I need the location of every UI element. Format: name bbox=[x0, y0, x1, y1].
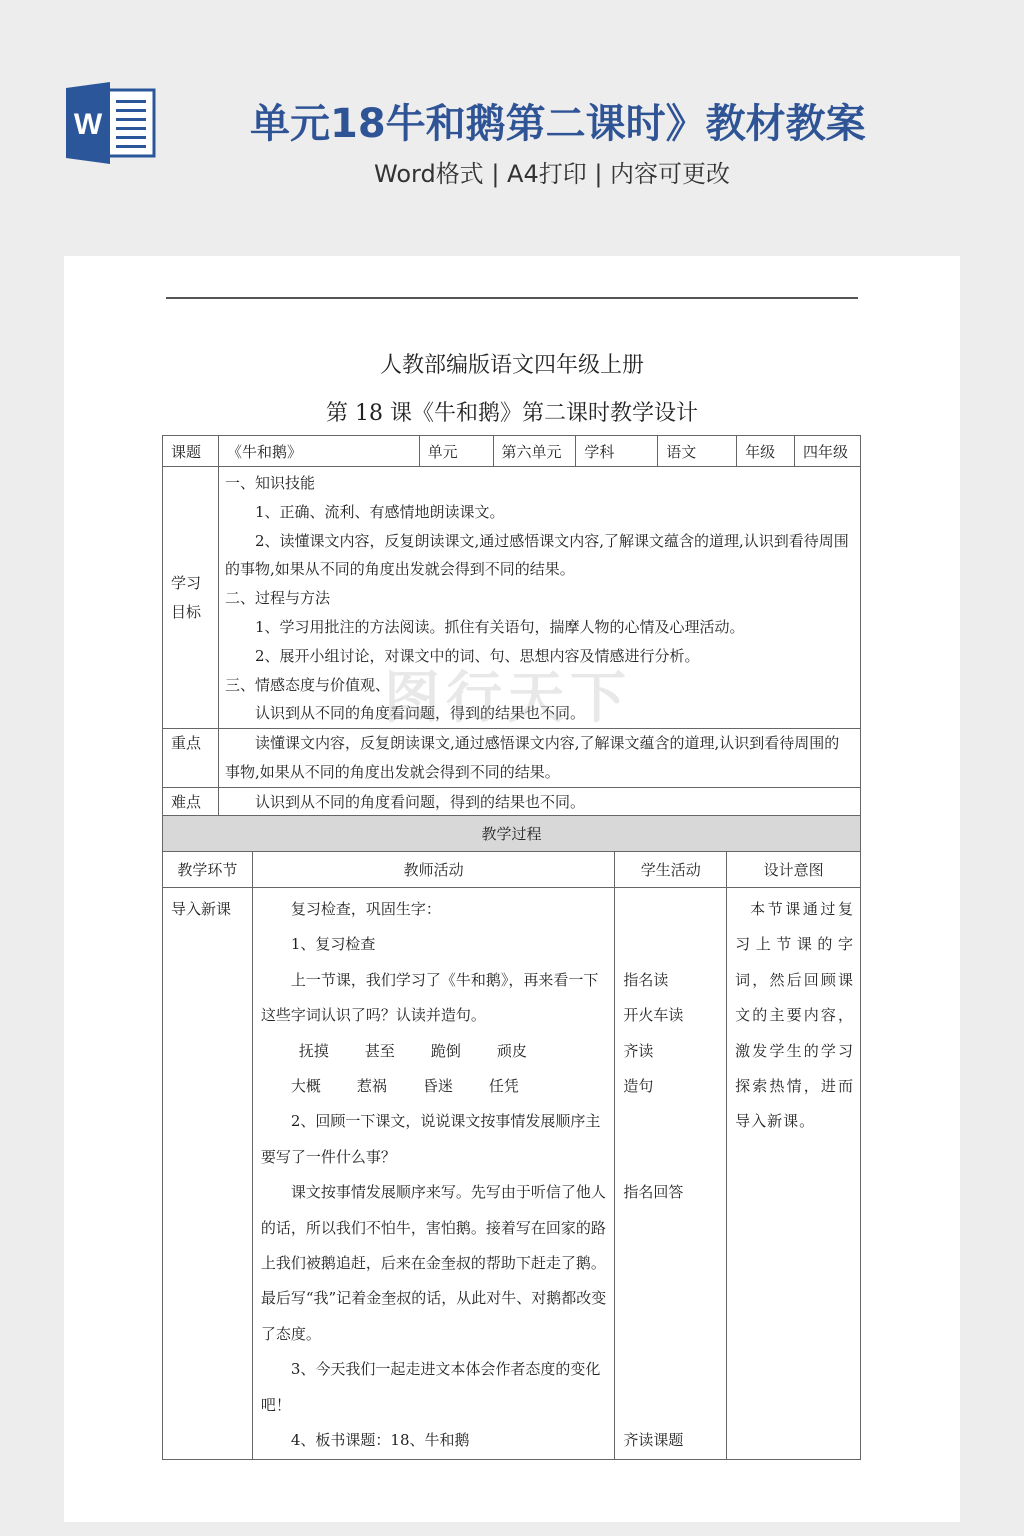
unit-value: 第六单元 bbox=[493, 436, 576, 467]
document-subtitle: 第 18 课《牛和鹅》第二课时教学设计 bbox=[64, 396, 960, 427]
vocab-word: 惹祸 bbox=[357, 1069, 387, 1104]
column-header: 教师活动 bbox=[252, 852, 614, 888]
student-line: 开火车读 bbox=[623, 998, 720, 1033]
vocab-row: 抚摸甚至跪倒顽皮 bbox=[261, 1034, 608, 1069]
design-intent: 本节课通过复习上节课的字词，然后回顾课文的主要内容，激发学生的学习探索热情，进而… bbox=[727, 888, 861, 1460]
unit-label: 单元 bbox=[419, 436, 493, 467]
process-row: 导入新课 复习检查，巩固生字： 1、复习检查 上一节课，我们学习了《牛和鹅》，再… bbox=[163, 888, 861, 1460]
vocab-word: 抚摸 bbox=[299, 1034, 329, 1069]
info-row: 课题 《牛和鹅》 单元 第六单元 学科 语文 年级 四年级 bbox=[163, 436, 861, 467]
objective-line: 2、读懂课文内容，反复朗读课文,通过感悟课文内容,了解课文蕴含的道理,认识到看待… bbox=[225, 527, 854, 585]
difficulties-label: 难点 bbox=[163, 787, 219, 817]
document-page: 人教部编版语文四年级上册 第 18 课《牛和鹅》第二课时教学设计 课题 《牛和鹅… bbox=[64, 256, 960, 1522]
objective-line: 1、正确、流利、有感情地朗读课文。 bbox=[225, 498, 854, 527]
teacher-line: 4、板书课题：18、牛和鹅 bbox=[261, 1423, 608, 1458]
process-header-row: 教学环节 教师活动 学生活动 设计意图 bbox=[163, 852, 861, 888]
objectives-label: 学习目标 bbox=[163, 467, 219, 729]
objective-line: 二、过程与方法 bbox=[225, 584, 854, 613]
student-line: 齐读课题 bbox=[623, 1423, 720, 1458]
teacher-line: 上一节课，我们学习了《牛和鹅》，再来看一下这些字词认识了吗？认读并造句。 bbox=[261, 963, 608, 1034]
column-header: 设计意图 bbox=[727, 852, 861, 888]
teacher-line: 课文按事情发展顺序来写。先写由于听信了他人的话，所以我们不怕牛，害怕鹅。接着写在… bbox=[261, 1175, 608, 1352]
header-rule bbox=[166, 297, 858, 299]
teacher-line: 2、回顾一下课文，说说课文按事情发展顺序主要写了一件什么事？ bbox=[261, 1104, 608, 1175]
objectives-row: 学习目标 一、知识技能 1、正确、流利、有感情地朗读课文。 2、读懂课文内容，反… bbox=[163, 467, 861, 729]
objective-line: 认识到从不同的角度看问题，得到的结果也不同。 bbox=[225, 699, 854, 728]
student-line: 造句 bbox=[623, 1069, 720, 1104]
student-line: 指名读 bbox=[623, 963, 720, 998]
objective-line: 三、情感态度与价值观、 bbox=[225, 671, 854, 700]
page-header: W 单元18牛和鹅第二课时》教材教案 Word格式 | A4打印 | 内容可更改 bbox=[0, 0, 1024, 256]
subject-value: 语文 bbox=[658, 436, 737, 467]
process-title-row: 教学过程 bbox=[163, 816, 861, 852]
topic-label: 课题 bbox=[163, 436, 219, 467]
vocab-word: 任凭 bbox=[489, 1069, 519, 1104]
lesson-info-table: 课题 《牛和鹅》 单元 第六单元 学科 语文 年级 四年级 学习目标 一、知识技… bbox=[162, 435, 861, 818]
teacher-activity: 复习检查，巩固生字： 1、复习检查 上一节课，我们学习了《牛和鹅》，再来看一下这… bbox=[252, 888, 614, 1460]
vocab-word: 甚至 bbox=[365, 1034, 395, 1069]
key-points-text: 读懂课文内容，反复朗读课文,通过感悟课文内容,了解课文蕴含的道理,认识到看待周围… bbox=[218, 729, 860, 788]
column-header: 学生活动 bbox=[615, 852, 727, 888]
student-line: 齐读 bbox=[623, 1034, 720, 1069]
objective-line: 1、学习用批注的方法阅读。抓住有关语句，揣摩人物的心情及心理活动。 bbox=[225, 613, 854, 642]
stage-cell: 导入新课 bbox=[163, 888, 253, 1460]
page-title: 单元18牛和鹅第二课时》教材教案 bbox=[250, 92, 890, 149]
objective-line: 2、展开小组讨论，对课文中的词、句、思想内容及情感进行分析。 bbox=[225, 642, 854, 671]
teacher-line: 3、今天我们一起走进文本体会作者态度的变化吧！ bbox=[261, 1352, 608, 1423]
key-points-row: 重点 读懂课文内容，反复朗读课文,通过感悟课文内容,了解课文蕴含的道理,认识到看… bbox=[163, 729, 861, 788]
difficulties-text: 认识到从不同的角度看问题，得到的结果也不同。 bbox=[218, 787, 860, 817]
svg-text:W: W bbox=[74, 108, 103, 141]
student-line: 指名回答 bbox=[623, 1175, 720, 1210]
vocab-word: 昏迷 bbox=[423, 1069, 453, 1104]
document-title: 人教部编版语文四年级上册 bbox=[64, 348, 960, 379]
process-title: 教学过程 bbox=[163, 816, 861, 852]
topic-value: 《牛和鹅》 bbox=[218, 436, 419, 467]
vocab-word: 跪倒 bbox=[431, 1034, 461, 1069]
teaching-process-table: 教学过程 教学环节 教师活动 学生活动 设计意图 导入新课 复习检查，巩固生字：… bbox=[162, 815, 861, 1460]
vocab-row: 大概惹祸昏迷任凭 bbox=[261, 1069, 608, 1104]
teacher-line: 1、复习检查 bbox=[261, 927, 608, 962]
page-subtitle: Word格式 | A4打印 | 内容可更改 bbox=[374, 154, 730, 189]
key-points-label: 重点 bbox=[163, 729, 219, 788]
teacher-line: 复习检查，巩固生字： bbox=[261, 892, 608, 927]
student-activity: 指名读 开火车读 齐读 造句 指名回答 齐读课题 bbox=[615, 888, 727, 1460]
vocab-word: 顽皮 bbox=[497, 1034, 527, 1069]
objectives-content: 一、知识技能 1、正确、流利、有感情地朗读课文。 2、读懂课文内容，反复朗读课文… bbox=[218, 467, 860, 729]
vocab-word: 大概 bbox=[291, 1069, 321, 1104]
grade-label: 年级 bbox=[737, 436, 795, 467]
difficulties-row: 难点 认识到从不同的角度看问题，得到的结果也不同。 bbox=[163, 787, 861, 817]
objective-line: 一、知识技能 bbox=[225, 469, 854, 498]
column-header: 教学环节 bbox=[163, 852, 253, 888]
grade-value: 四年级 bbox=[795, 436, 861, 467]
word-icon: W bbox=[66, 82, 156, 164]
subject-label: 学科 bbox=[576, 436, 658, 467]
